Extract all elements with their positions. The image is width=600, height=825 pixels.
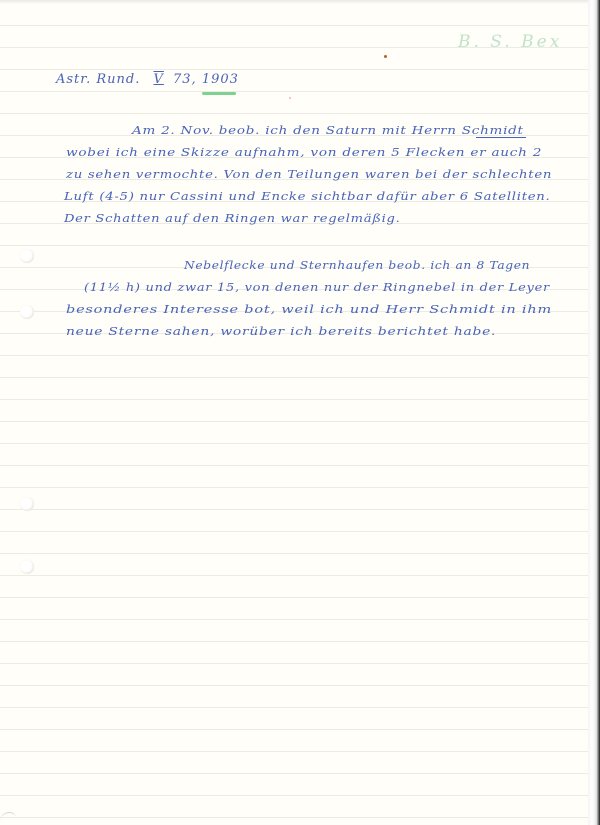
paragraph-2-line-3: besonderes Interesse bot, weil ich und H… [66,303,552,316]
reference-year: 1903 [202,72,239,87]
reference-line: Astr. Rund. V 73, 1903 [56,72,239,87]
paragraph-1-line-3: zu sehen vermochte. Von den Teilungen wa… [66,168,552,181]
ink-speck [289,97,291,99]
year-highlight-mark [202,92,236,95]
reference-prefix: Astr. Rund. [56,72,140,87]
name-underline [476,137,526,138]
paragraph-2-line-1: Nebelflecke und Sternhaufen beob. ich an… [184,259,530,272]
punch-hole [20,305,34,319]
page-top-edge [0,0,588,4]
ink-speck [384,55,387,58]
page-corner-curl [0,812,16,825]
page-edge-shadow [588,0,600,825]
archive-mark: B. S. Bex [458,32,562,52]
paragraph-2-line-2: (11½ h) und zwar 15, von denen nur der R… [84,281,550,294]
punch-hole [20,497,34,511]
paragraph-1-line-4: Luft (4-5) nur Cassini und Encke sichtba… [64,190,550,203]
punch-hole [20,560,34,574]
notebook-page: B. S. Bex Astr. Rund. V 73, 1903 Am 2. N… [0,0,588,825]
paragraph-2-line-4: neue Sterne sahen, worüber ich bereits b… [66,325,496,338]
paragraph-1-line-1: Am 2. Nov. beob. ich den Saturn mit Herr… [132,124,524,137]
reference-page: 73, [173,72,197,87]
paragraph-1-line-5: Der Schatten auf den Ringen war regelmäß… [64,212,400,225]
paragraph-1-line-2: wobei ich eine Skizze aufnahm, von deren… [66,146,542,159]
punch-hole [20,249,34,263]
reference-volume: V [153,72,163,87]
